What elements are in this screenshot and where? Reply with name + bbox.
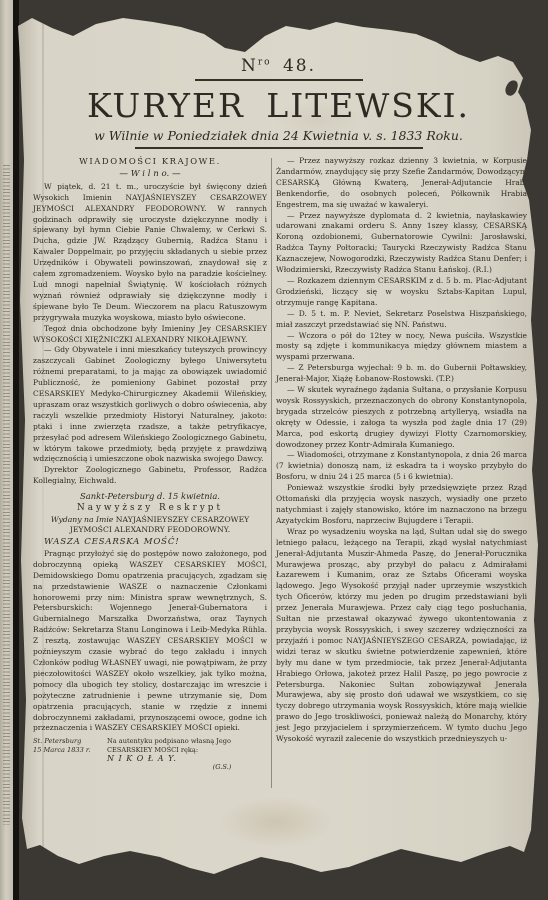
rescript-dateline: Sankt-Petersburg d. 15 kwietnia.	[33, 491, 267, 502]
section-heading: WIADOMOŚCI KRAJOWE.	[33, 156, 267, 167]
news-paragraph: — D. 5 t. m. P. Neviet, Sekretarz Posels…	[276, 309, 527, 331]
right-column: — Przez naywyższy rozkaz dzienny 3 kwiet…	[276, 156, 527, 745]
signature-note: Na autentyku podpisano własną Jego CESAR…	[107, 737, 231, 754]
adjacent-page-edge	[0, 0, 13, 900]
masthead-area: Nro 48. KURYER LITEWSKI. w Wilnie w Poni…	[18, 0, 539, 149]
news-paragraph: Wraz po wysadzeniu woyska na ląd, Sułtan…	[276, 527, 527, 745]
issue-digits: 48.	[283, 56, 316, 76]
issue-prefix: N	[241, 56, 258, 76]
news-paragraph: — Wiadomości, otrzymane z Konstantynopol…	[276, 450, 527, 483]
issue-number: Nro 48.	[18, 56, 539, 76]
news-paragraph: — W skutek wyraźnego żądania Sułtana, o …	[276, 385, 527, 450]
director-signature: Dyrektor Zoologicznego Gabinetu, Profess…	[33, 465, 267, 487]
rescript-body: Pragnąc przyłożyć się do postępów nowo z…	[33, 549, 267, 734]
news-paragraph: W piątek, d. 21 t. m., uroczyście był św…	[33, 182, 267, 324]
news-paragraph: — Z Petersburga wyjechał: 9 b. m. do Gub…	[276, 363, 527, 385]
rescript-salutation: WASZA CESARSKA MOŚĆ!	[33, 537, 267, 548]
issue-rule	[195, 79, 363, 81]
text-columns: WIADOMOŚCI KRAJOWE. — W i l n o. — W pią…	[18, 149, 539, 788]
column-rule	[271, 158, 272, 788]
left-column: WIADOMOŚCI KRAJOWE. — W i l n o. — W pią…	[33, 156, 267, 772]
signature-name: N I K O Ł A Y.	[107, 754, 177, 763]
rescript-title: Naywyższy Reskrypt	[33, 503, 267, 514]
imperial-rescript: Sankt-Petersburg d. 15 kwietnia. Naywyżs…	[33, 491, 267, 772]
news-paragraph: — Rozkazem dziennym CESARSKIM z d. 5 b. …	[276, 276, 527, 309]
news-paragraph: — Przez naywyższy rozkaz dzienny 3 kwiet…	[276, 156, 527, 211]
news-paragraph: Tegoż dnia obchodzone były Imieniny Jey …	[33, 324, 267, 346]
newspaper-page: Nro 48. KURYER LITEWSKI. w Wilnie w Poni…	[18, 0, 539, 892]
signature-attestation: Na autentyku podpisano własną Jego CESAR…	[107, 737, 267, 771]
signature-place-date: St. Petersburg 15 Marca 1833 r.	[33, 737, 107, 771]
signature-date: 15 Marca 1833 r.	[33, 746, 107, 755]
signature-block: St. Petersburg 15 Marca 1833 r. Na auten…	[33, 737, 267, 771]
news-paragraph: — Przez naywyższe dyplomata d. 2 kwietni…	[276, 211, 527, 276]
page-gutter-shadow	[13, 0, 19, 900]
paper-crease	[42, 0, 44, 892]
news-paragraph: — Gdy Obywatele i inni mieszkańcy tuteys…	[33, 345, 267, 465]
masthead-title: KURYER LITEWSKI.	[18, 86, 539, 125]
seal-abbreviation: (G.S.)	[107, 763, 267, 772]
signature-place: St. Petersburg	[33, 737, 107, 746]
scanned-newspaper-photo: Nro 48. KURYER LITEWSKI. w Wilnie w Poni…	[0, 0, 548, 900]
rescript-addressee: Wydany na Imie NAYJAŚNIEYSZEY CESARZOWEY…	[33, 515, 267, 535]
wilno-subheading: — W i l n o. —	[33, 169, 267, 180]
news-paragraph: — Wczora o pół do 12tey w nocy, Newa puś…	[276, 331, 527, 364]
rescript-addressee-lead: Wydany na Imie	[51, 515, 116, 524]
issue-superscript: ro	[258, 57, 272, 67]
dateline: w Wilnie w Poniedziałek dnia 24 Kwietnia…	[18, 128, 539, 143]
news-paragraph: Ponieważ wszystkie środki były przedsięw…	[276, 483, 527, 527]
